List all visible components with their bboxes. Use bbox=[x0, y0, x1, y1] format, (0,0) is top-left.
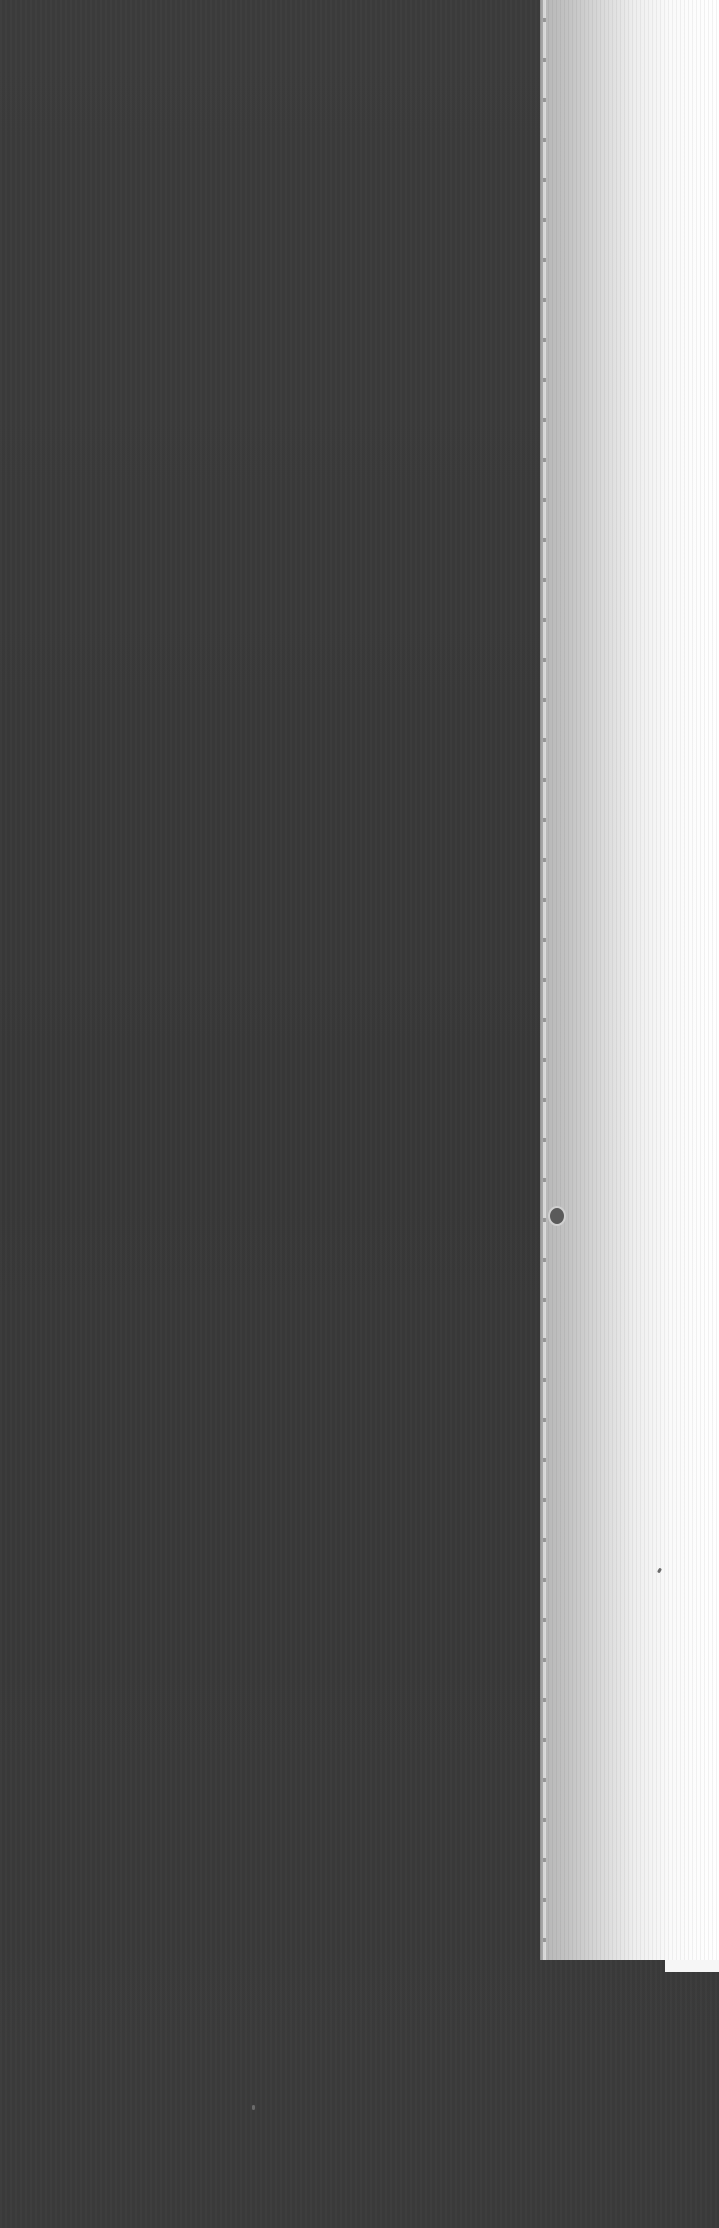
ink-smudge bbox=[550, 1208, 564, 1224]
page-edge bbox=[540, 0, 719, 1960]
page-edge-highlight bbox=[543, 0, 546, 1960]
page-corner-step bbox=[665, 1960, 719, 1972]
dust-speck bbox=[252, 2105, 255, 2110]
